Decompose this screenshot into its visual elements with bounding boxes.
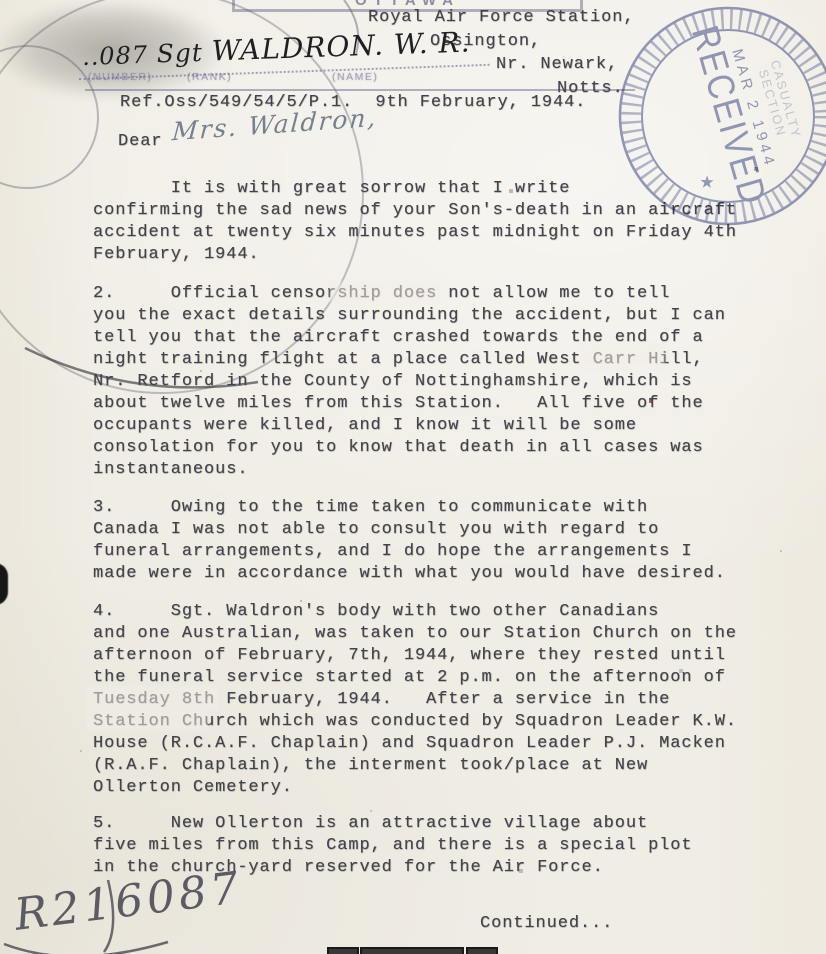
stamp-star-icon: ★ <box>696 172 718 192</box>
continued-note: Continued... <box>480 913 613 935</box>
typed-line: afternoon of February, 7th, 1944, where … <box>93 645 737 667</box>
bottom-crop-box <box>466 947 498 954</box>
bottom-crop-box <box>360 947 464 954</box>
typed-line: (R.A.F. Chaplain), the interment took/pl… <box>93 755 737 777</box>
typed-line: made were in accordance with what you wo… <box>93 563 726 585</box>
paragraph-3: 3. Owing to the time taken to communicat… <box>93 497 726 585</box>
typed-line: Ollerton Cemetery. <box>93 777 737 799</box>
typed-line: five miles from this Camp, and there is … <box>93 835 693 857</box>
registry-flourish <box>4 942 168 954</box>
typed-line: consolation for you to know that death i… <box>93 437 726 459</box>
typed-line: and one Australian, was taken to our Sta… <box>93 623 737 645</box>
typed-line: you the exact details surrounding the ac… <box>93 305 726 327</box>
typed-line: instantaneous. <box>93 459 726 481</box>
typed-line: Station Church which was conducted by Sq… <box>93 711 737 733</box>
typed-line: the funeral service started at 2 p.m. on… <box>93 667 737 689</box>
typed-line: House (R.C.A.F. Chaplain) and Squadron L… <box>93 733 737 755</box>
paragraph-2: 2. Official censorship does not allow me… <box>93 283 726 481</box>
typed-line: about twelve miles from this Station. Al… <box>93 393 726 415</box>
scan-edge-blob <box>0 563 8 605</box>
typed-line: tell you that the aircraft crashed towar… <box>93 327 726 349</box>
typed-line: funeral arrangements, and I do hope the … <box>93 541 726 563</box>
paragraph-4: 4. Sgt. Waldron's body with two other Ca… <box>93 601 737 799</box>
typed-line: 5. New Ollerton is an attractive village… <box>93 813 693 835</box>
typed-line: night training flight at a place called … <box>93 349 726 371</box>
typed-line: 2. Official censorship does not allow me… <box>93 283 726 305</box>
typed-line: Canada I was not able to consult you wit… <box>93 519 726 541</box>
typed-line: occupants were killed, and I know it wil… <box>93 415 726 437</box>
typed-line: (NAME) <box>332 71 378 83</box>
service-number-fragment: ..087 <box>82 40 158 71</box>
salutation-typed: Dear <box>118 131 162 153</box>
typed-line: 3. Owing to the time taken to communicat… <box>93 497 726 519</box>
bottom-crop-box <box>327 947 359 954</box>
rank-handwritten: Sgt <box>156 38 212 69</box>
typed-line: Tuesday 8th February, 1944. After a serv… <box>93 689 737 711</box>
typed-line: 4. Sgt. Waldron's body with two other Ca… <box>93 601 737 623</box>
typed-line: Nr. Retford in the County of Nottinghams… <box>93 371 726 393</box>
scanned-letter-page: OTTAWA Royal Air Force Station,Ossington… <box>0 0 826 954</box>
received-stamp: CASUALTY SECTION MAR 2 1944 RECEIVED ★ <box>588 0 826 256</box>
